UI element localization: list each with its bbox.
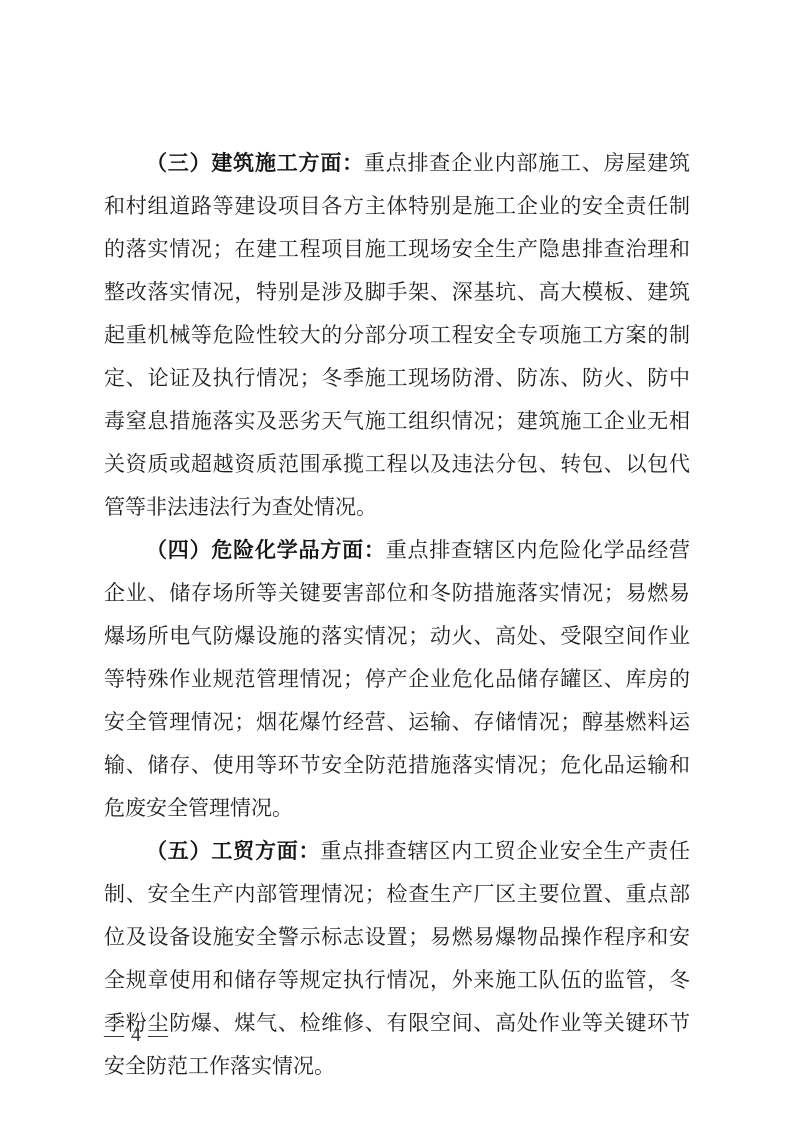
paragraph-hazardous-chemicals: （四）危险化学品方面：重点排查辖区内危险化学品经营企业、储存场所等关键要害部位和… xyxy=(104,529,690,830)
paragraph-construction: （三）建筑施工方面：重点排查企业内部施工、房屋建筑和村组道路等建设项目各方主体特… xyxy=(104,142,690,529)
document-body: （三）建筑施工方面：重点排查企业内部施工、房屋建筑和村组道路等建设项目各方主体特… xyxy=(104,142,690,1088)
paragraph-construction-heading: （三）建筑施工方面： xyxy=(146,151,364,175)
paragraph-hazardous-chemicals-heading: （四）危险化学品方面： xyxy=(146,538,386,562)
paragraph-industry-trade-heading: （五）工贸方面： xyxy=(146,839,320,863)
paragraph-hazardous-chemicals-text: 重点排查辖区内危险化学品经营企业、储存场所等关键要害部位和冬防措施落实情况；易燃… xyxy=(104,538,690,820)
page-footer: — 4 — xyxy=(104,1021,169,1049)
page-number: — 4 — xyxy=(104,1024,169,1046)
document-page: （三）建筑施工方面：重点排查企业内部施工、房屋建筑和村组道路等建设项目各方主体特… xyxy=(0,0,793,1122)
paragraph-construction-text: 重点排查企业内部施工、房屋建筑和村组道路等建设项目各方主体特别是施工企业的安全责… xyxy=(104,151,690,519)
paragraph-industry-trade: （五）工贸方面：重点排查辖区内工贸企业安全生产责任制、安全生产内部管理情况；检查… xyxy=(104,830,690,1088)
paragraph-industry-trade-text: 重点排查辖区内工贸企业安全生产责任制、安全生产内部管理情况；检查生产厂区主要位置… xyxy=(104,839,690,1078)
